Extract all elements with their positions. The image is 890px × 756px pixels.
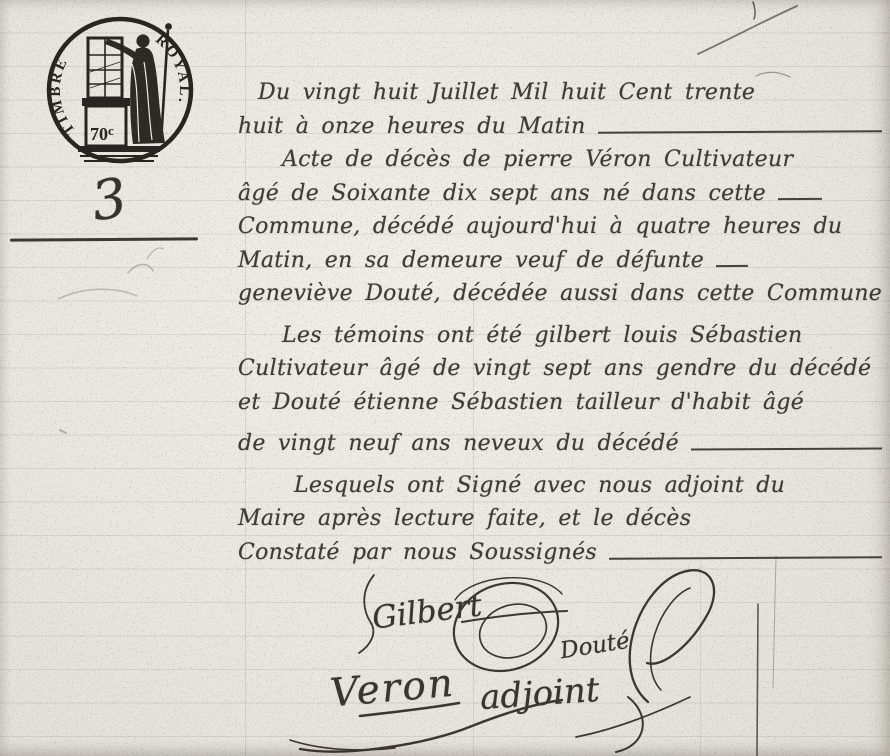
act-line: Les témoins ont été gilbert louis Sébast… (238, 319, 888, 353)
act-line: âgé de Soixante dix sept ans né dans cet… (238, 177, 888, 211)
act-line: Maire après lecture faite, et le décès (238, 502, 888, 536)
scanned-death-record-page: TIMBRE ROYAL. 70c 3 (0, 0, 890, 756)
act-line: huit à onze heures du Matin (238, 110, 888, 144)
act-line: Commune, décédé aujourd'hui à quatre heu… (238, 210, 888, 244)
stamp-denomination: 70c (90, 123, 114, 144)
line-filler (778, 197, 822, 199)
act-text: Du vingt huit Juillet Mil huit Cent tren… (238, 76, 888, 569)
act-line: Acte de décès de pierre Véron Cultivateu… (238, 143, 888, 177)
signature-gilbert: Gilbert (370, 587, 484, 636)
signature-veron: Veron (328, 661, 456, 717)
act-line: et Douté étienne Sébastien tailleur d'ha… (238, 386, 888, 420)
act-line: Lesquels ont Signé avec nous adjoint du (238, 469, 888, 503)
line-filler (716, 264, 748, 266)
line-filler (609, 556, 882, 559)
vertical-rule (700, 560, 701, 756)
signature-doute: Douté (558, 628, 631, 665)
act-line: de vingt neuf ans neveux du décédé (238, 427, 888, 461)
act-line: Cultivateur âgé de vingt sept ans gendre… (238, 352, 888, 386)
act-line: Du vingt huit Juillet Mil huit Cent tren… (238, 76, 888, 110)
line-filler (691, 447, 882, 450)
act-number: 3 (87, 166, 131, 234)
act-line: geneviève Douté, décédée aussi dans cett… (238, 277, 888, 311)
act-line: Constaté par nous Soussignés (238, 536, 888, 570)
margin-rule (10, 237, 198, 241)
act-line: Matin, en sa demeure veuf de défunte (238, 244, 888, 278)
timbre-royal-stamp-icon: TIMBRE ROYAL. 70c (40, 10, 200, 172)
signature-adjoint-title: adjoint (479, 670, 601, 718)
line-filler (598, 130, 882, 133)
